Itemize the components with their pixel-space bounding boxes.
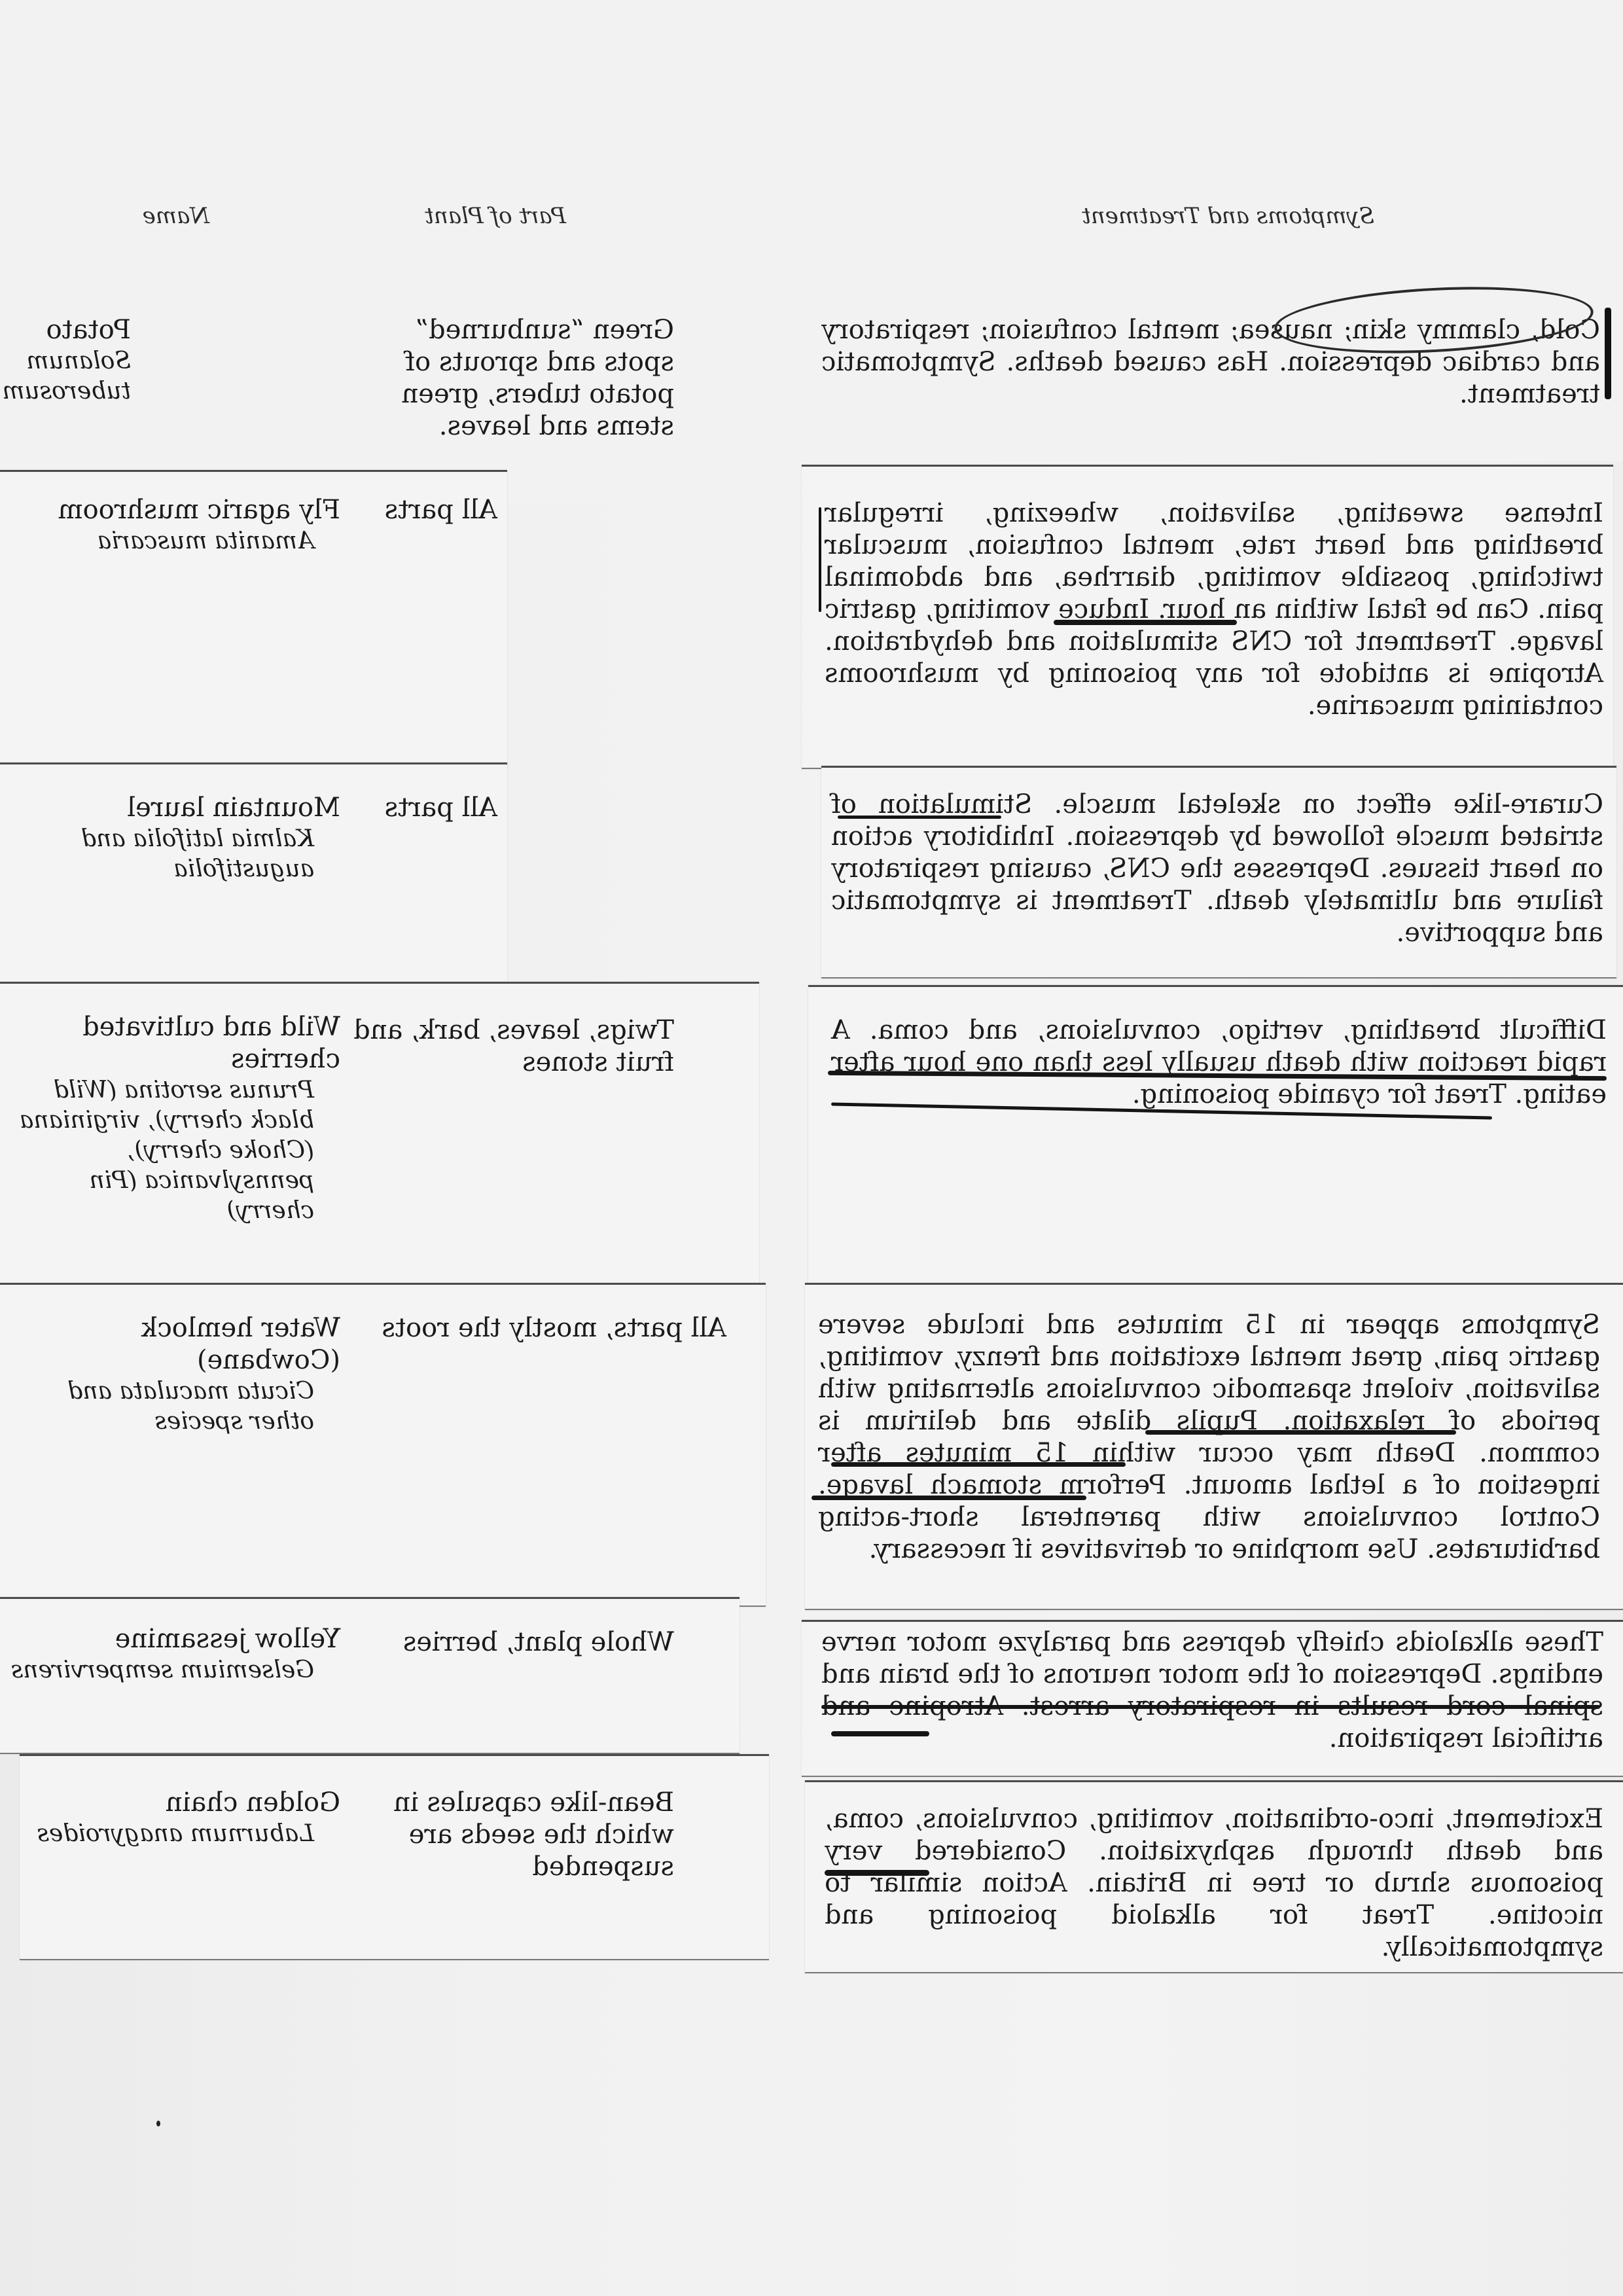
row-cherries-symptoms: Difficult breathing, vertigo, convulsion… bbox=[831, 1014, 1607, 1111]
column-header-name: Name bbox=[143, 203, 209, 229]
row-water-hemlock-symptoms: Symptoms appear in 15 minutes and includ… bbox=[818, 1309, 1600, 1566]
row-cherries-part: Twigs, leaves, bark, and fruit stones bbox=[347, 1014, 674, 1079]
annotation-underline bbox=[821, 1705, 1600, 1709]
row-potato-name: Potato Solanum tuberosum bbox=[7, 314, 131, 406]
row-golden-chain-symptoms: Excitement, inco-ordination, vomiting, c… bbox=[825, 1803, 1603, 1964]
column-header-part: Part of Plant bbox=[425, 203, 566, 229]
row-fly-agaric-part: All parts bbox=[366, 494, 497, 526]
annotation-underline bbox=[1145, 1430, 1456, 1435]
annotation-underline bbox=[831, 1731, 929, 1736]
row-fly-agaric-symptoms: Intense sweating, salivation, wheezing, … bbox=[825, 497, 1603, 722]
annotation-underline bbox=[1054, 620, 1237, 625]
scan-speck bbox=[156, 2121, 160, 2126]
row-mountain-laurel-name: Mountain laurel Kalmia latifolia and aug… bbox=[7, 792, 340, 884]
row-yellow-jessamine-name: Yellow jessamine Gelsemium sempervirens bbox=[7, 1623, 340, 1685]
document-page: Name Part of Plant Symptoms and Treatmen… bbox=[0, 0, 1623, 2296]
annotation-underline bbox=[825, 1870, 929, 1876]
annotation-margin-bracket bbox=[819, 507, 821, 612]
column-header-symptoms: Symptoms and Treatment bbox=[1082, 203, 1374, 229]
row-golden-chain-part: Bean-like capsules in which the seeds ar… bbox=[347, 1787, 674, 1883]
row-fly-agaric-name: Fly agaric mushroom Amanita muscaria bbox=[7, 494, 340, 556]
row-water-hemlock-name: Water hemlock (Cowbane) Cicuta maculata … bbox=[7, 1312, 340, 1437]
row-mountain-laurel-symptoms: Curare-like effect on skeletal muscle. S… bbox=[831, 789, 1603, 949]
row-potato-part: Green “sunburned” spots and sprouts of p… bbox=[347, 314, 674, 442]
annotation-margin-bar bbox=[1605, 308, 1611, 399]
row-mountain-laurel-part: All parts bbox=[366, 792, 497, 824]
row-water-hemlock-part: All parts, mostly the roots bbox=[360, 1312, 726, 1344]
annotation-underline bbox=[811, 1496, 1086, 1500]
row-yellow-jessamine-symptoms: These alkaloids chiefly depress and para… bbox=[821, 1626, 1603, 1755]
annotation-underline bbox=[838, 816, 1001, 819]
row-golden-chain-name: Golden chain Laburnum anagyroides bbox=[7, 1787, 340, 1849]
row-cherries-name: Wild and cultivated cherries Prunus sero… bbox=[7, 1011, 340, 1226]
row-yellow-jessamine-part: Whole plant, berries bbox=[347, 1626, 674, 1659]
annotation-underline bbox=[831, 1462, 1126, 1467]
